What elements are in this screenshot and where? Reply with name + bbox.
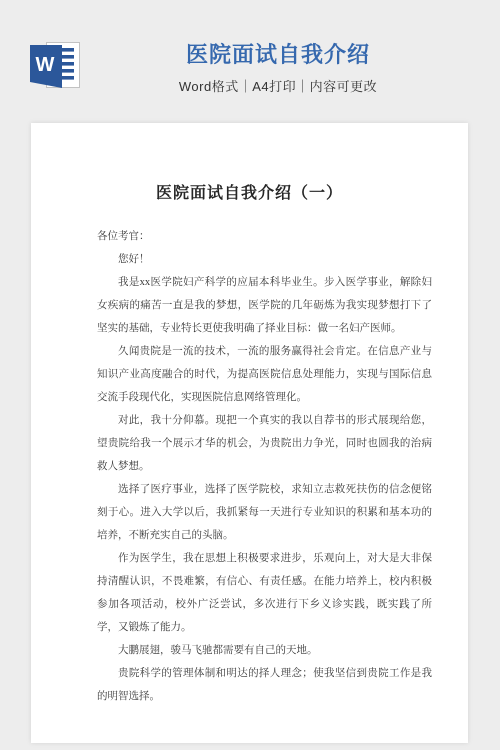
word-logo-letter: W <box>36 54 55 76</box>
template-title: 医院面试自我介绍 <box>62 42 494 68</box>
paragraph: 您好！ <box>97 248 432 271</box>
document-page: 医院面试自我介绍（一） 各位考官：您好！我是xx医学院妇产科学的应届本科毕业生。… <box>31 123 468 743</box>
template-subtitle: Word格式｜A4打印｜内容可更改 <box>62 76 494 95</box>
header-text-block: 医院面试自我介绍 Word格式｜A4打印｜内容可更改 <box>62 42 494 95</box>
paragraph: 各位考官： <box>97 225 432 248</box>
paragraph: 我是xx医学院妇产科学的应届本科毕业生。步入医学事业，解除妇女疾病的痛苦一直是我… <box>97 271 432 340</box>
paragraph: 贵院科学的管理体制和明达的择人理念；使我坚信到贵院工作是我的明智选择。 <box>97 662 432 708</box>
preview-header: W 医院面试自我介绍 Word格式｜A4打印｜内容可更改 <box>0 0 500 123</box>
paragraph: 作为医学生，我在思想上积极要求进步，乐观向上，对大是大非保持清醒认识，不畏难繁，… <box>97 547 432 639</box>
paragraph: 大鹏展翅，骏马飞驰都需要有自己的天地。 <box>97 639 432 662</box>
paragraph: 选择了医疗事业，选择了医学院校，求知立志救死扶伤的信念便铭刻于心。进入大学以后，… <box>97 478 432 547</box>
document-body: 各位考官：您好！我是xx医学院妇产科学的应届本科毕业生。步入医学事业，解除妇女疾… <box>97 225 432 708</box>
paragraph: 久闻贵院是一流的技术，一流的服务赢得社会肯定。在信息产业与知识产业高度融合的时代… <box>97 340 432 409</box>
template-preview: W 医院面试自我介绍 Word格式｜A4打印｜内容可更改 医院面试自我介绍（一）… <box>0 0 500 750</box>
document-title: 医院面试自我介绍（一） <box>41 183 458 205</box>
paragraph: 对此，我十分仰慕。现把一个真实的我以自荐书的形式展现给您，望贵院给我一个展示才华… <box>97 409 432 478</box>
